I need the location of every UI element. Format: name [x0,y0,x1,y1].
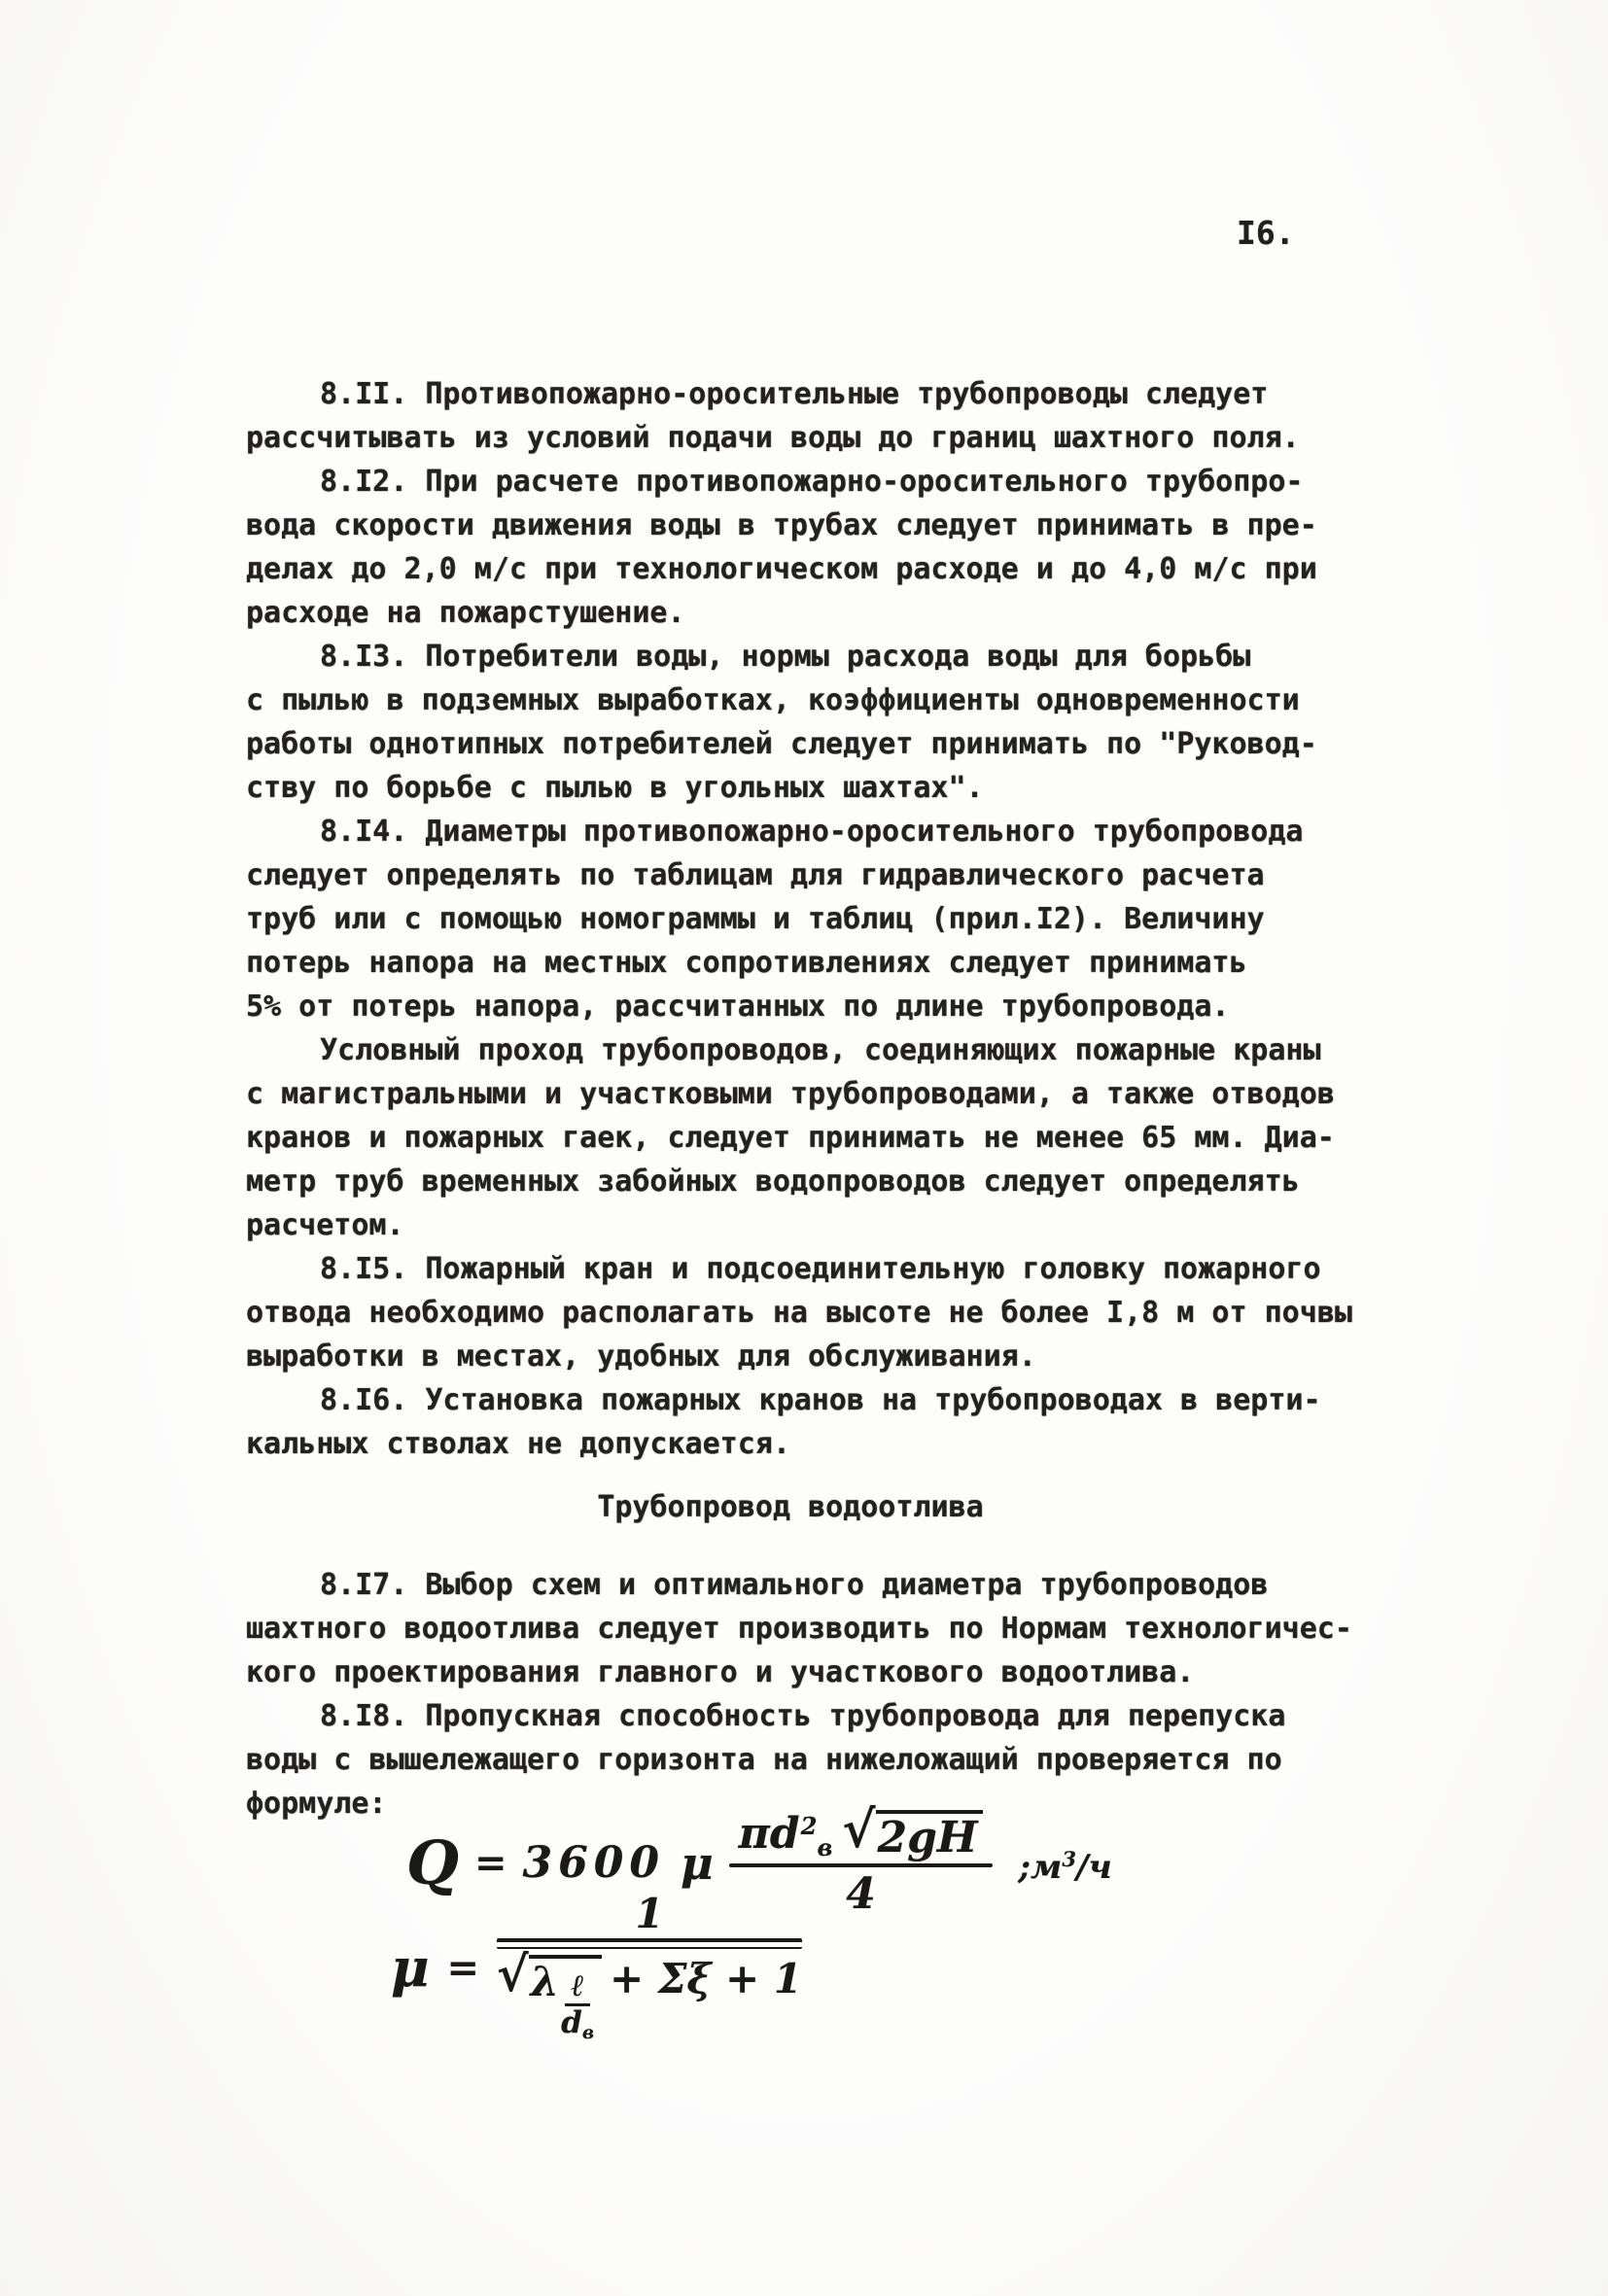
text-line: расчетом. [246,1203,1335,1247]
text-line: расходе на пожарстушение. [246,591,1335,635]
fraction-numerator: πd2в √2gH [729,1810,994,1863]
fraction-bar [497,1938,802,1949]
text-line: Условный проход трубопроводов, соединяющ… [246,1028,1335,1072]
lambda-symbol: λ [531,1954,559,2005]
text-line: с магистральными и участковыми трубопров… [246,1072,1335,1116]
paragraph: Условный проход трубопроводов, соединяющ… [246,1028,1335,1247]
text-line: следует определять по таблицам для гидра… [246,853,1335,897]
paragraph: 8.I5. Пожарный кран и подсоединительную … [246,1247,1335,1378]
text-line: труб или с помощью номограммы и таблиц (… [246,897,1335,941]
radicand-tail: + Σξ + 1 [610,1955,802,2000]
pi-d-squared-term: πd2в [739,1813,833,1860]
text-line: шахтного водоотлива следует производить … [246,1607,1335,1651]
fraction-numerator: 1 [625,1894,673,1938]
text-line: выработки в местах, удобных для обслужив… [246,1335,1335,1378]
text-line: метр труб временных забойных водопроводо… [246,1160,1335,1203]
text-line: 5% от потерь напора, рассчитанных по дли… [246,985,1335,1028]
fraction-denominator: 4 [846,1867,876,1916]
radicand: λℓdв [529,1955,602,2042]
text-line: отвода необходимо располагать на высоте … [246,1291,1335,1335]
text-line: 8.I3. Потребители воды, нормы расхода во… [246,635,1335,678]
radicand: 2gH [876,1810,984,1860]
paragraph: 8.I6. Установка пожарных кранов на трубо… [246,1378,1335,1466]
paragraph: 8.I3. Потребители воды, нормы расхода во… [246,635,1335,810]
formula-mu-coefficient: μ = 1 √ λℓdв + Σξ + 1 [391,1894,802,2042]
text-line: 8.I5. Пожарный кран и подсоединительную … [246,1247,1335,1291]
text-line: 8.I4. Диаметры противопожарно-оросительн… [246,810,1335,853]
text-line: ству по борьбе с пылью в угольных шахтах… [246,766,1335,810]
text-line: делах до 2,0 м/с при технологическом рас… [246,547,1335,591]
paragraph: 8.II. Противопожарно-оросительные трубоп… [246,372,1335,460]
page-number: I6. [1237,216,1295,251]
text-line: кранов и пожарных гаек, следует принимат… [246,1116,1335,1160]
paragraph: 8.I7. Выбор схем и оптимального диаметра… [246,1563,1335,1694]
text-line: 8.I2. При расчете противопожарно-оросите… [246,460,1335,504]
paragraph: 8.I2. При расчете противопожарно-оросите… [246,460,1335,635]
text-line: вода скорости движения воды в трубах сле… [246,504,1335,547]
fraction: 1 √ λℓdв + Σξ + 1 [497,1894,802,2042]
radical-sign: √ [842,1810,875,1852]
square-root: √ λℓdв [497,1955,602,2042]
formula-q-units: ;м3/ч [1018,1839,1111,1887]
text-line: воды с вышележащего горизонта на нижелож… [246,1738,1335,1782]
text-column: 8.II. Противопожарно-оросительные трубоп… [246,372,1335,1826]
fraction-denominator: √ λℓdв + Σξ + 1 [497,1949,802,2042]
text-line: рассчитывать из условий подачи воды до г… [246,416,1335,460]
formula-q-lhs: Q [406,1836,459,1891]
formula-q-coefficient: 3600 [523,1838,665,1888]
square-root: √2gH [842,1810,983,1860]
text-line: потерь напора на местных сопротивлениях … [246,941,1335,985]
inner-denominator: dв [561,2006,594,2042]
text-line: кого проектирования главного и участково… [246,1651,1335,1694]
paragraph: 8.I8. Пропускная способность трубопровод… [246,1694,1335,1826]
document-page: I6. 8.II. Противопожарно-оросительные тр… [0,0,1608,2296]
text-line: 8.II. Противопожарно-оросительные трубоп… [246,372,1335,416]
mu-symbol: μ [681,1837,714,1890]
text-line: 8.I8. Пропускная способность трубопровод… [246,1694,1335,1738]
formula-mu-lhs: μ [391,1944,430,1992]
section-heading: Трубопровод водоотлива [246,1485,1335,1529]
text-line: 8.I7. Выбор схем и оптимального диаметра… [246,1563,1335,1607]
text-line: работы однотипных потребителей следует п… [246,722,1335,766]
inner-numerator: ℓ [565,1971,589,2006]
radical-sign: √ [497,1955,529,1995]
paragraph: 8.I4. Диаметры противопожарно-оросительн… [246,810,1335,1028]
equals-sign: = [447,1945,480,1991]
equals-sign: = [474,1840,507,1886]
text-line: с пылью в подземных выработках, коэффици… [246,678,1335,722]
text-line: 8.I6. Установка пожарных кранов на трубо… [246,1378,1335,1422]
inner-fraction: ℓdв [561,1971,594,2042]
text-line: кальных стволах не допускается. [246,1422,1335,1466]
